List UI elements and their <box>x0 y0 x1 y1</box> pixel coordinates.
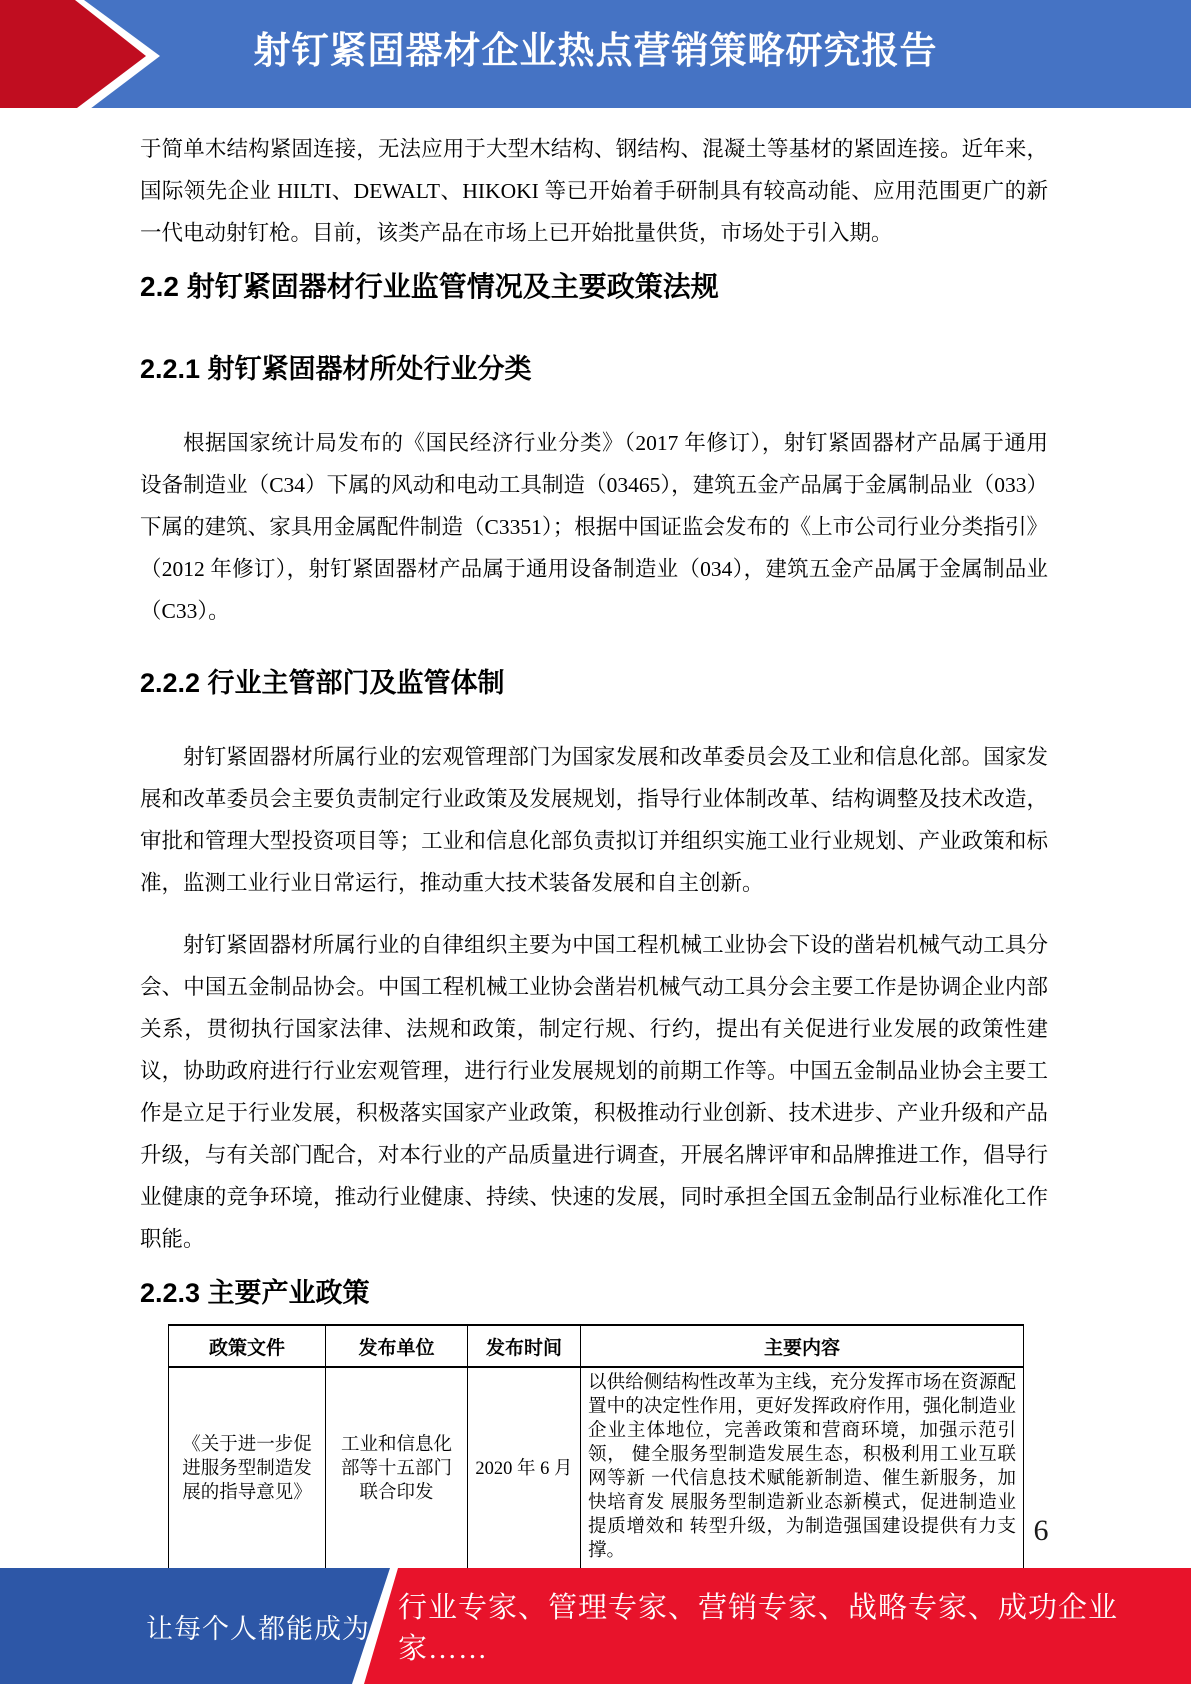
policy-table-row: 《关于进一步促 进服务型制造发 展的指导意见》 工业和信息化 部等十五部门 联合… <box>169 1367 1024 1570</box>
section-2-2-heading: 2.2 射钉紧固器材行业监管情况及主要政策法规 <box>140 270 1048 304</box>
footer-left-text: 让每个人都能成为 <box>146 1568 370 1684</box>
section-2-2-2-paragraph-2: 射钉紧固器材所属行业的自律组织主要为中国工程机械工业协会下设的凿岩机械气动工具分… <box>140 924 1048 1260</box>
cell-policy-document: 《关于进一步促 进服务型制造发 展的指导意见》 <box>169 1367 326 1570</box>
footer-right-text: 行业专家、管理专家、营销专家、战略专家、成功企业家…… <box>398 1568 1191 1684</box>
col-header-issuer: 发布单位 <box>326 1325 468 1367</box>
cell-issuer: 工业和信息化 部等十五部门 联合印发 <box>326 1367 468 1570</box>
footer: 让每个人都能成为 行业专家、管理专家、营销专家、战略专家、成功企业家…… <box>0 1568 1191 1684</box>
report-page: 射钉紧固器材企业热点营销策略研究报告 于简单木结构紧固连接，无法应用于大型木结构… <box>0 0 1191 1684</box>
col-header-date: 发布时间 <box>468 1325 581 1367</box>
page-number: 6 <box>1018 1514 1064 1548</box>
policy-table: 政策文件 发布单位 发布时间 主要内容 《关于进一步促 进服务型制造发 展的指导… <box>168 1324 1024 1570</box>
intro-paragraph: 于简单木结构紧固连接，无法应用于大型木结构、钢结构、混凝土等基材的紧固连接。近年… <box>140 128 1048 254</box>
cell-main-content: 以供给侧结构性改革为主线，充分发挥市场在资源配 置中的决定性作用，更好发挥政府作… <box>581 1367 1024 1570</box>
cell-date: 2020 年 6 月 <box>468 1367 581 1570</box>
policy-table-header-row: 政策文件 发布单位 发布时间 主要内容 <box>169 1325 1024 1367</box>
section-2-2-1-heading: 2.2.1 射钉紧固器材所处行业分类 <box>140 352 1048 386</box>
section-2-2-1-paragraph: 根据国家统计局发布的《国民经济行业分类》（2017 年修订），射钉紧固器材产品属… <box>140 422 1048 632</box>
main-content: 于简单木结构紧固连接，无法应用于大型木结构、钢结构、混凝土等基材的紧固连接。近年… <box>140 108 1048 1570</box>
col-header-main-content: 主要内容 <box>581 1325 1024 1367</box>
report-title: 射钉紧固器材企业热点营销策略研究报告 <box>0 0 1191 108</box>
section-2-2-3-heading: 2.2.3 主要产业政策 <box>140 1276 1048 1310</box>
col-header-policy-document: 政策文件 <box>169 1325 326 1367</box>
section-2-2-2-paragraph-1: 射钉紧固器材所属行业的宏观管理部门为国家发展和改革委员会及工业和信息化部。国家发… <box>140 736 1048 904</box>
section-2-2-2-heading: 2.2.2 行业主管部门及监管体制 <box>140 666 1048 700</box>
header-banner: 射钉紧固器材企业热点营销策略研究报告 <box>0 0 1191 108</box>
